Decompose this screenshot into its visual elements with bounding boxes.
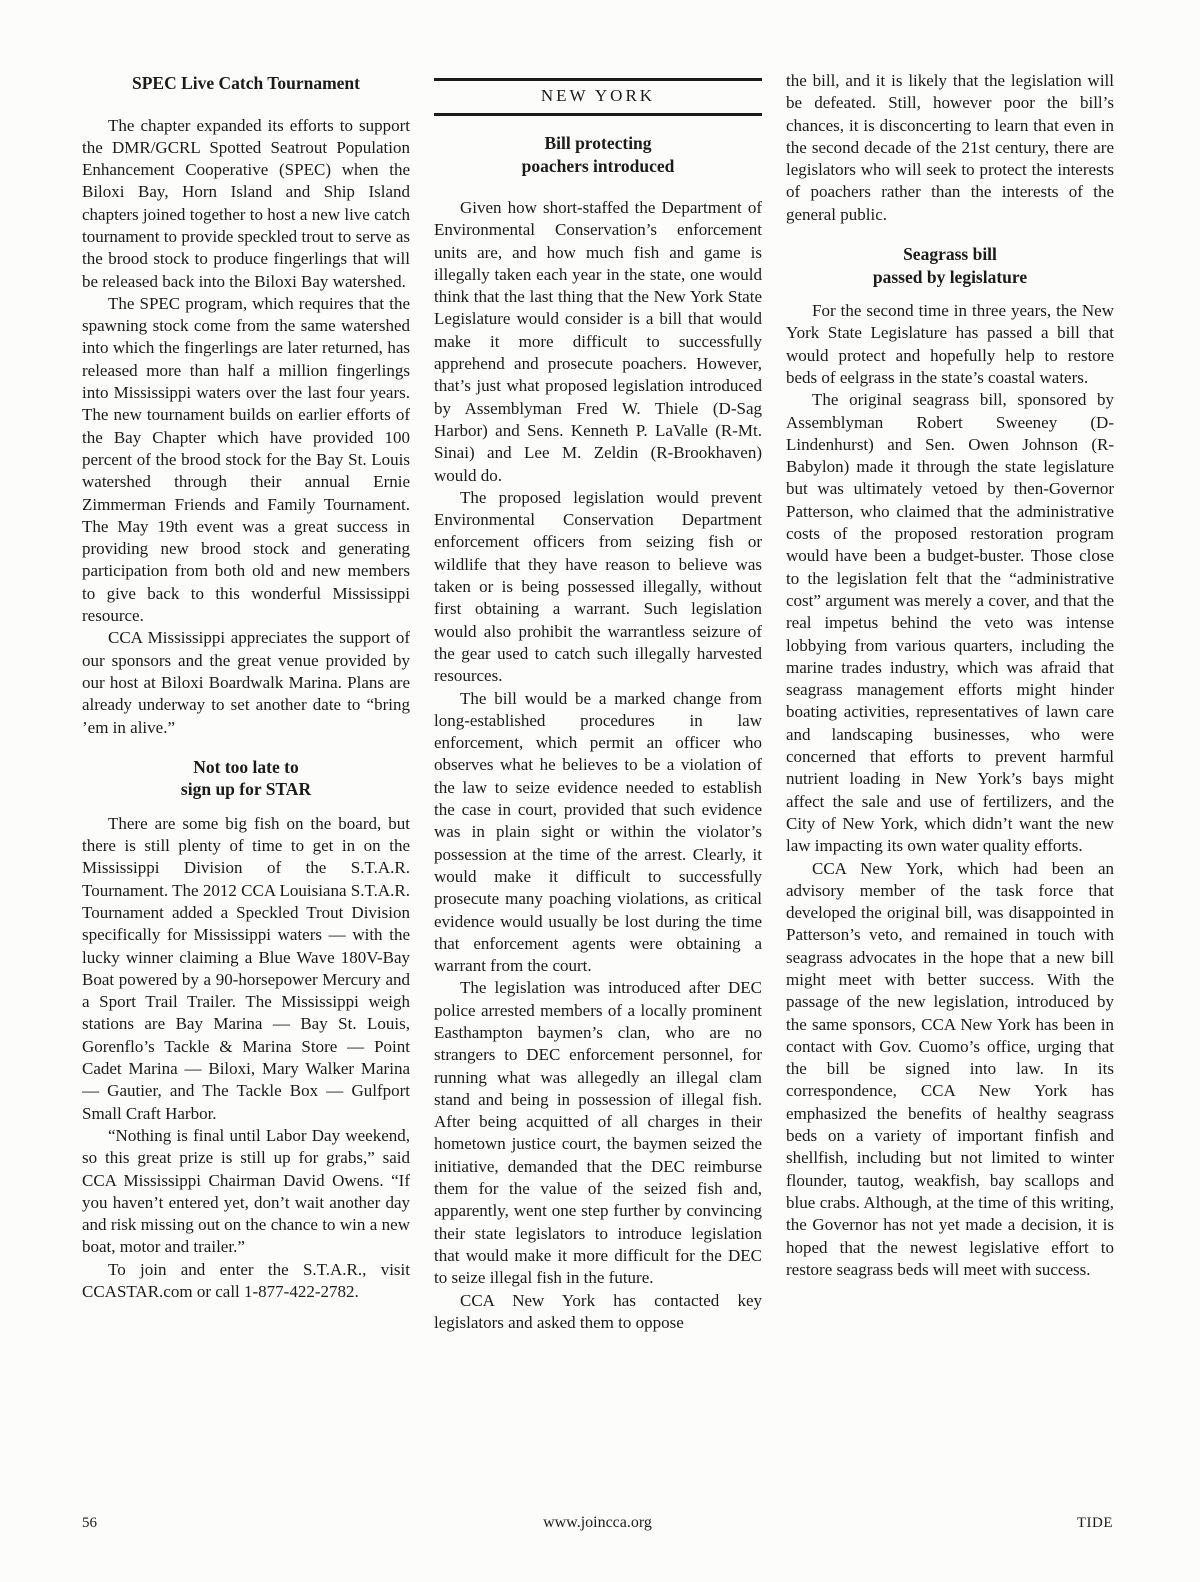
middle-column: NEW YORK Bill protectingpoachers introdu… [434,70,762,1334]
seagrass-heading-line1: Seagrass bill [903,244,997,264]
paragraph: The bill would be a marked change from l… [434,688,762,978]
left-column: SPEC Live Catch Tournament The chapter e… [82,70,410,1334]
page-number: 56 [82,1514,222,1532]
publication-name: TIDE [973,1514,1113,1532]
paragraph-continuation: the bill, and it is likely that the legi… [786,70,1114,226]
column-layout: SPEC Live Catch Tournament The chapter e… [82,70,1114,1334]
paragraph: For the second time in three years, the … [786,300,1114,389]
poachers-bill-heading: Bill protectingpoachers introduced [434,132,762,177]
star-heading-line1: Not too late to [193,757,298,777]
bill-heading-line1: Bill protecting [544,133,651,153]
website-url: www.joincca.org [222,1514,973,1532]
new-york-section-header: NEW YORK [434,78,762,116]
seagrass-heading-line2: passed by legislature [873,267,1027,287]
spec-tournament-heading: SPEC Live Catch Tournament [82,72,410,95]
paragraph: The SPEC program, which requires that th… [82,293,410,627]
paragraph: “Nothing is final until Labor Day weeken… [82,1125,410,1259]
star-heading-line2: sign up for STAR [181,779,311,799]
paragraph: The original seagrass bill, sponsored by… [786,389,1114,857]
paragraph: CCA New York, which had been an advisory… [786,858,1114,1282]
paragraph: To join and enter the S.T.A.R., visit CC… [82,1259,410,1304]
paragraph: The legislation was introduced after DEC… [434,977,762,1289]
paragraph: Given how short-staffed the Department o… [434,197,762,487]
page-footer: 56 www.joincca.org TIDE [82,1514,1113,1532]
bill-heading-line2: poachers introduced [522,156,675,176]
seagrass-bill-heading: Seagrass billpassed by legislature [786,243,1114,288]
paragraph: CCA Mississippi appreciates the support … [82,627,410,738]
right-column: the bill, and it is likely that the legi… [786,70,1114,1334]
magazine-page: SPEC Live Catch Tournament The chapter e… [0,0,1200,1582]
star-signup-heading: Not too late tosign up for STAR [82,756,410,801]
paragraph: The proposed legislation would prevent E… [434,487,762,688]
paragraph: The chapter expanded its efforts to supp… [82,115,410,293]
paragraph: CCA New York has contacted key legislato… [434,1290,762,1335]
paragraph: There are some big fish on the board, bu… [82,813,410,1125]
